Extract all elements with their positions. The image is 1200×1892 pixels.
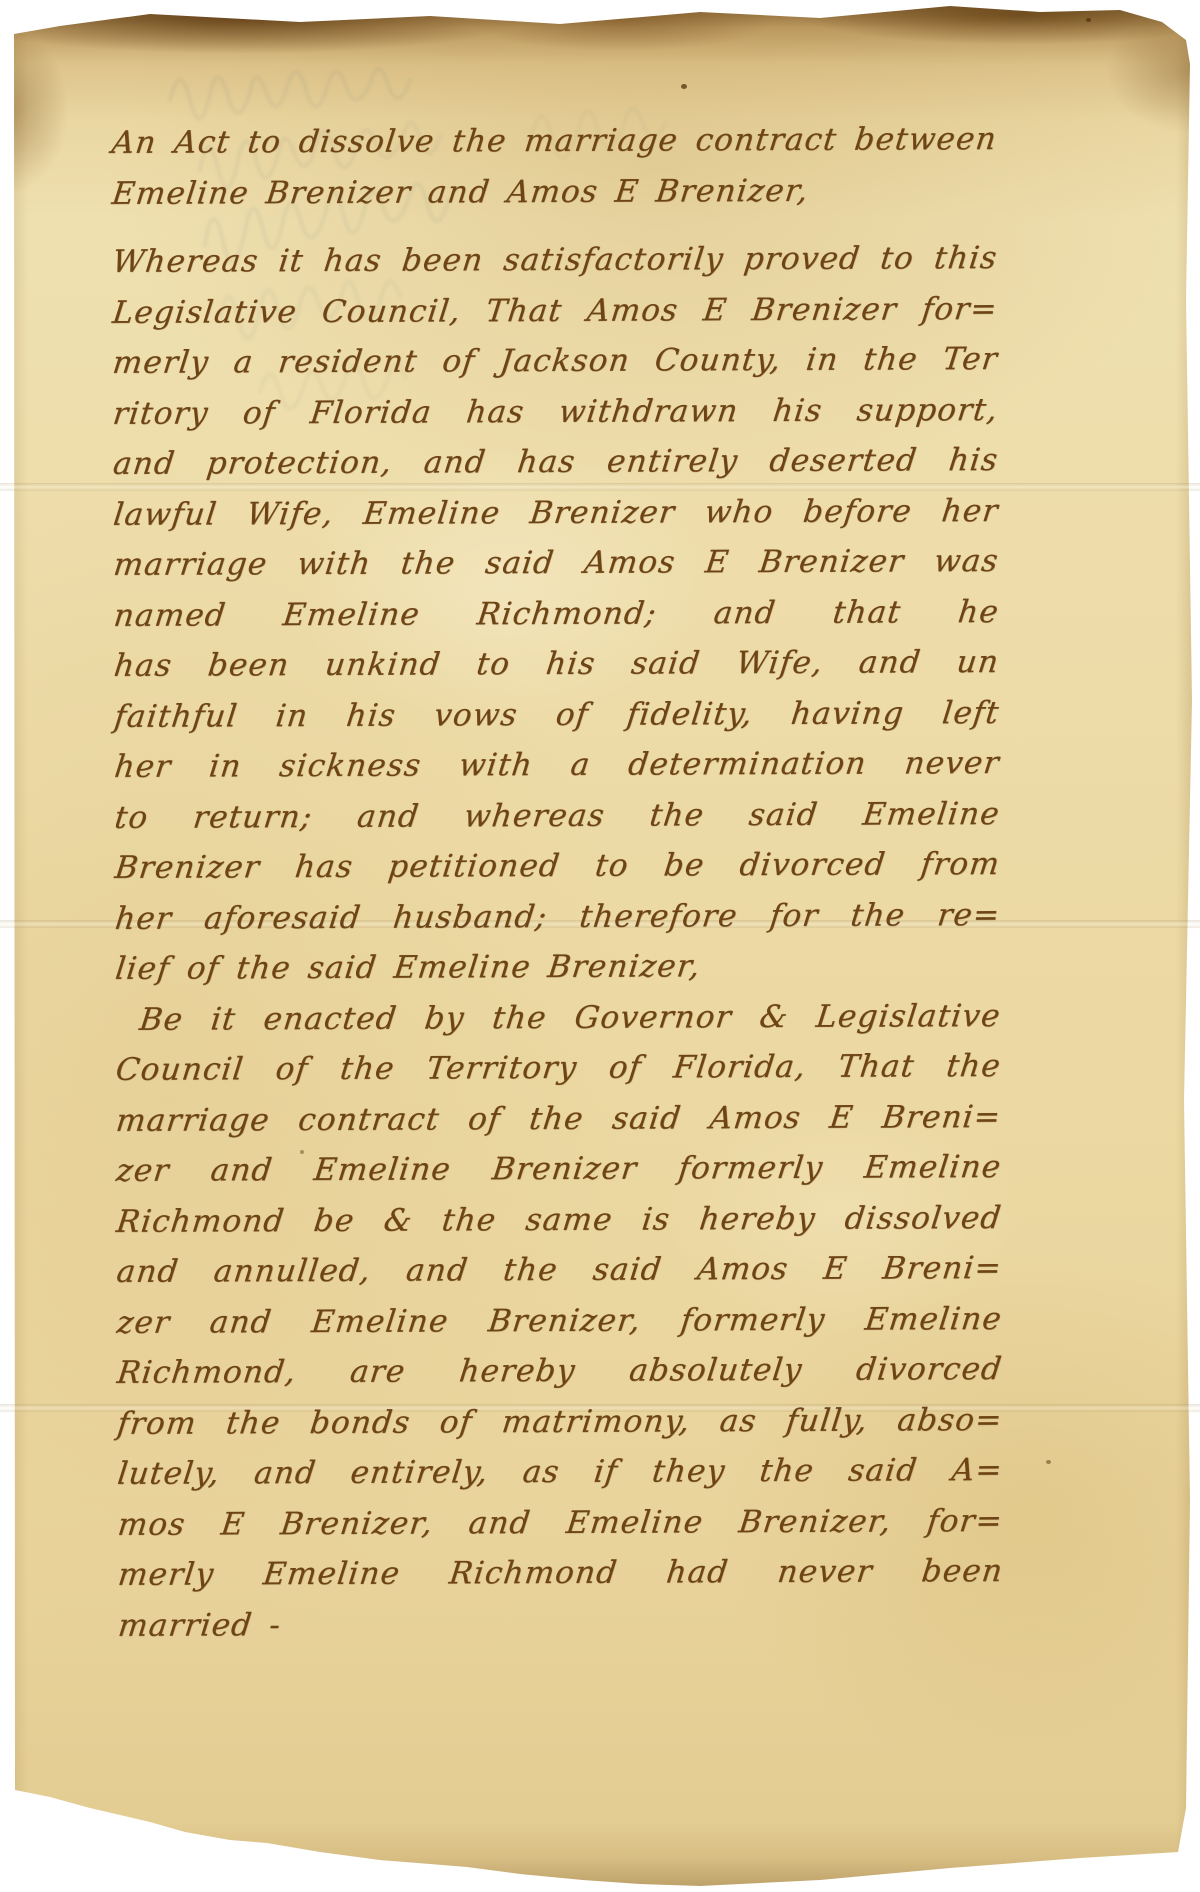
enacting-paragraph: Be it enacted by the Governor & Legislat…: [112, 991, 1000, 1651]
body-line: married -: [115, 1597, 1006, 1651]
body-line: her in sickness with a determination nev…: [112, 738, 1003, 792]
scanned-document: An Act to dissolve the marriage contract…: [0, 0, 1200, 1892]
body-line: zer and Emeline Brenizer, formerly Emeli…: [114, 1294, 1005, 1348]
body-line: merly a resident of Jackson County, in t…: [110, 334, 1001, 388]
body-line: lief of the said Emeline Brenizer,: [112, 940, 1003, 994]
body-line: Whereas it has been satisfactorily prove…: [109, 233, 1000, 287]
manuscript-text: An Act to dissolve the marriage contract…: [109, 114, 1001, 1651]
body-line: ritory of Florida has withdrawn his supp…: [110, 385, 1001, 439]
body-line: zer and Emeline Brenizer formerly Emelin…: [113, 1142, 1004, 1196]
body-line: and annulled, and the said Amos E Breni=: [114, 1243, 1005, 1297]
title-line: An Act to dissolve the marriage contract…: [109, 114, 1000, 168]
body-line: merly Emeline Richmond had never been: [115, 1546, 1006, 1600]
body-line: Richmond be & the same is hereby dissolv…: [114, 1193, 1005, 1247]
title-line: Emeline Brenizer and Amos E Brenizer,: [109, 165, 1000, 219]
body-line: her aforesaid husband; therefore for the…: [112, 890, 1003, 944]
body-line: lutely, and entirely, as if they the sai…: [115, 1445, 1006, 1499]
body-line: from the bonds of matrimony, as fully, a…: [114, 1395, 1005, 1449]
body-line: faithful in his vows of fidelity, having…: [111, 688, 1002, 742]
act-title: An Act to dissolve the marriage contract…: [109, 114, 994, 219]
body-line: has been unkind to his said Wife, and un: [111, 637, 1002, 691]
body-line: Legislative Council, That Amos E Brenize…: [110, 284, 1001, 338]
body-line: Brenizer has petitioned to be divorced f…: [112, 839, 1003, 893]
body-line: marriage with the said Amos E Brenizer w…: [111, 536, 1002, 590]
body-line: to return; and whereas the said Emeline: [112, 789, 1003, 843]
body-line: Be it enacted by the Governor & Legislat…: [113, 991, 1004, 1045]
body-line: lawful Wife, Emeline Brenizer who before…: [111, 486, 1002, 540]
whereas-paragraph: Whereas it has been satisfactorily prove…: [109, 233, 997, 994]
body-line: Richmond, are hereby absolutely divorced: [114, 1344, 1005, 1398]
body-line: marriage contract of the said Amos E Bre…: [113, 1092, 1004, 1146]
body-line: named Emeline Richmond; and that he: [111, 587, 1002, 641]
body-line: mos E Brenizer, and Emeline Brenizer, fo…: [115, 1496, 1006, 1550]
body-line: and protection, and has entirely deserte…: [110, 435, 1001, 489]
body-line: Council of the Territory of Florida, Tha…: [113, 1041, 1004, 1095]
